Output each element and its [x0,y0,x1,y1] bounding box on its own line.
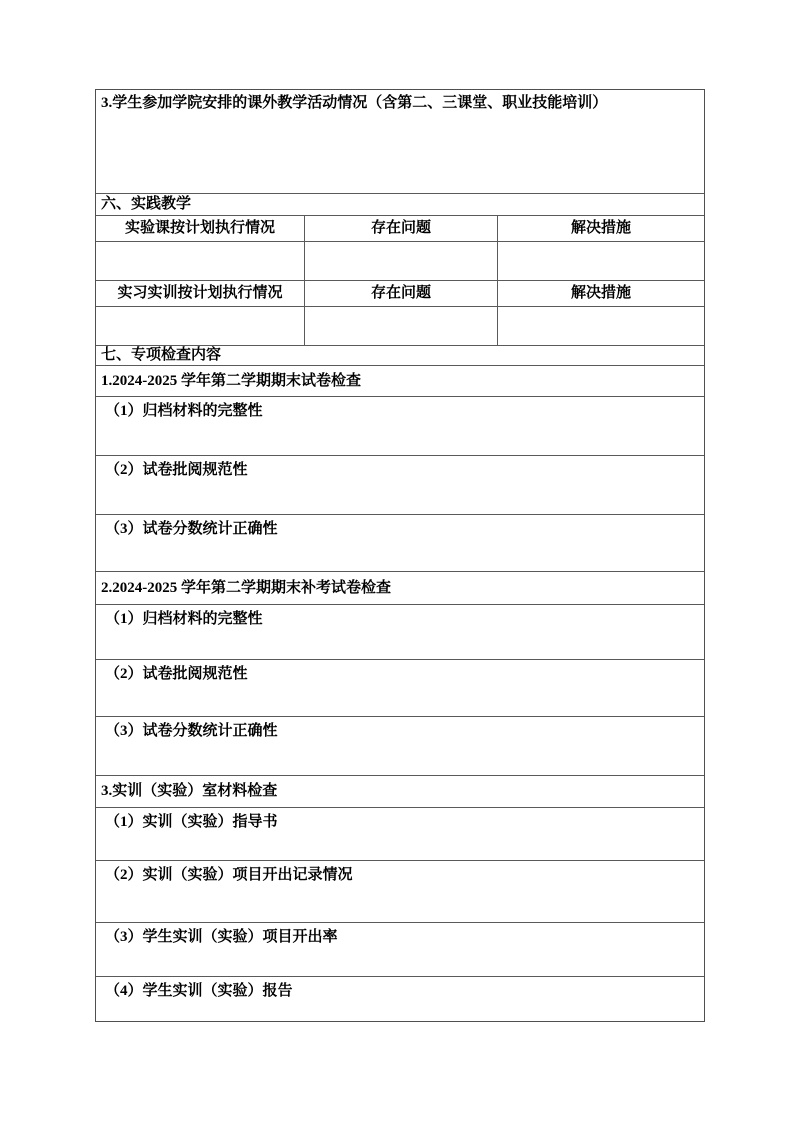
check-item-label: （2）试卷批阅规范性 [105,462,248,478]
experiment-plan-entry-row [96,242,704,281]
check-item-label: （1）归档材料的完整性 [105,611,263,627]
check-item-label: （1）归档材料的完整性 [105,403,263,419]
internship-solutions-input[interactable] [497,307,704,345]
internship-problems-input[interactable] [304,307,497,345]
check-item-label: （3）试卷分数统计正确性 [105,521,278,537]
experiment-plan-header-row: 实验课按计划执行情况 存在问题 解决措施 [96,216,704,242]
check-item-row[interactable]: （2）试卷批阅规范性 [96,456,704,515]
extracurricular-activities-label: 3.学生参加学院安排的课外教学活动情况（含第二、三课堂、职业技能培训） [101,95,607,111]
experiment-plan-status-input[interactable] [96,242,304,280]
section-special-inspection-title: 七、专项检查内容 [101,346,221,365]
check-item-label: （4）学生实训（实验）报告 [105,983,293,999]
document-page: 3.学生参加学院安排的课外教学活动情况（含第二、三课堂、职业技能培训） 六、实践… [0,0,793,1122]
inspection-form-table: 3.学生参加学院安排的课外教学活动情况（含第二、三课堂、职业技能培训） 六、实践… [95,89,705,1022]
experiment-plan-status-header: 实验课按计划执行情况 [96,216,304,241]
check-item-label: （2）实训（实验）项目开出记录情况 [105,867,353,883]
makeup-exam-paper-check-title: 2.2024-2025 学年第二学期期末补考试卷检查 [101,579,391,598]
internship-plan-header-row: 实习实训按计划执行情况 存在问题 解决措施 [96,281,704,307]
internship-problems-header: 存在问题 [304,281,497,306]
check-item-row[interactable]: （3）学生实训（实验）项目开出率 [96,923,704,977]
final-exam-paper-check-title-row: 1.2024-2025 学年第二学期期末试卷检查 [96,366,704,397]
internship-plan-status-header: 实习实训按计划执行情况 [96,281,304,306]
check-item-row[interactable]: （1）实训（实验）指导书 [96,808,704,861]
check-item-row[interactable]: （2）实训（实验）项目开出记录情况 [96,861,704,923]
check-item-row[interactable]: （3）试卷分数统计正确性 [96,515,704,572]
section-practical-teaching-title-row: 六、实践教学 [96,194,704,216]
training-room-materials-check-title: 3.实训（实验）室材料检查 [101,782,277,801]
experiment-problems-input[interactable] [304,242,497,280]
check-item-row[interactable]: （2）试卷批阅规范性 [96,660,704,717]
training-room-materials-check-title-row: 3.实训（实验）室材料检查 [96,776,704,808]
check-item-label: （3）试卷分数统计正确性 [105,723,278,739]
check-item-row[interactable]: （3）试卷分数统计正确性 [96,717,704,776]
check-item-label: （3）学生实训（实验）项目开出率 [105,929,338,945]
check-item-row[interactable]: （4）学生实训（实验）报告 [96,977,704,1021]
check-item-row[interactable]: （1）归档材料的完整性 [96,605,704,660]
makeup-exam-paper-check-title-row: 2.2024-2025 学年第二学期期末补考试卷检查 [96,572,704,605]
internship-plan-status-input[interactable] [96,307,304,345]
internship-plan-entry-row [96,307,704,346]
section-practical-teaching-title: 六、实践教学 [101,195,191,214]
experiment-solutions-header: 解决措施 [497,216,704,241]
internship-solutions-header: 解决措施 [497,281,704,306]
check-item-row[interactable]: （1）归档材料的完整性 [96,397,704,456]
extracurricular-activities-row[interactable]: 3.学生参加学院安排的课外教学活动情况（含第二、三课堂、职业技能培训） [96,90,704,194]
check-item-label: （1）实训（实验）指导书 [105,814,278,830]
final-exam-paper-check-title: 1.2024-2025 学年第二学期期末试卷检查 [101,372,361,391]
experiment-problems-header: 存在问题 [304,216,497,241]
check-item-label: （2）试卷批阅规范性 [105,666,248,682]
experiment-solutions-input[interactable] [497,242,704,280]
section-special-inspection-title-row: 七、专项检查内容 [96,346,704,366]
